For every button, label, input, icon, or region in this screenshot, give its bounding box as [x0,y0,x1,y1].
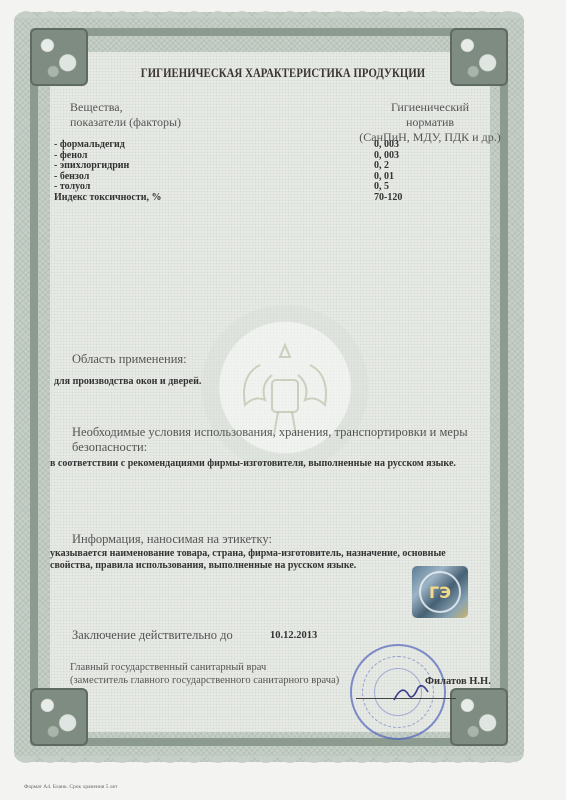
hologram-glyph: ГЭ [419,571,461,613]
substances-column-header: Вещества, показатели (факторы) [70,100,181,130]
hologram-seal-icon: ГЭ [412,566,468,618]
table-row-norm: 0, 5 [374,182,402,193]
table-row-norm: 70-120 [374,193,402,204]
wavy-border-top [14,4,524,18]
ornament-corner-icon [30,688,88,746]
header-right-line: Гигиенический [310,100,550,115]
conditions-value: в соответствии с рекомендациями фирмы-из… [50,458,456,470]
application-label: Область применения: [72,352,187,367]
table-row-norm: 0, 2 [374,161,402,172]
validity-label: Заключение действительно до [72,628,233,643]
table-row-substance: толуол [54,182,162,193]
validity-date: 10.12.2013 [270,630,317,641]
application-value: для производства окон и дверей. [54,376,201,388]
table-row-norm: 0, 003 [374,140,402,151]
signatory-name: Филатов Н.Н. [425,676,491,687]
signatory-title: Главный государственный санитарный врач … [70,661,339,687]
footer-note: Формат А4. Бланк. Срок хранения 5 лет [24,784,117,790]
header-right-line: норматив [310,115,550,130]
header-left-line: Вещества, [70,100,181,115]
header-right-line: (СанПиН, МДУ, ПДК и др.) [310,130,550,145]
document-title: ГИГИЕНИЧЕСКАЯ ХАРАКТЕРИСТИКА ПРОДУКЦИИ [40,66,527,81]
ornament-corner-icon [450,688,508,746]
table-row-toxicity-index: Индекс токсичности, % [54,193,162,204]
conditions-label: Необходимые условия использования, хране… [72,425,472,455]
substances-list: формальдегид фенол эпихлоргидрин бензол … [54,140,162,203]
header-left-line: показатели (факторы) [70,115,181,130]
norms-list: 0, 003 0, 003 0, 2 0, 01 0, 5 70-120 [374,140,402,203]
signatory-title-line2: (заместитель главного государственного с… [70,674,339,687]
label-info-label: Информация, наносимая на этикетку: [72,532,272,547]
wavy-border-bottom [14,756,524,770]
signatory-title-line1: Главный государственный санитарный врач [70,661,339,674]
table-row-substance: формальдегид [54,140,162,151]
table-row-substance: эпихлоргидрин [54,161,162,172]
norm-column-header: Гигиенический норматив (СанПиН, МДУ, ПДК… [310,100,550,145]
